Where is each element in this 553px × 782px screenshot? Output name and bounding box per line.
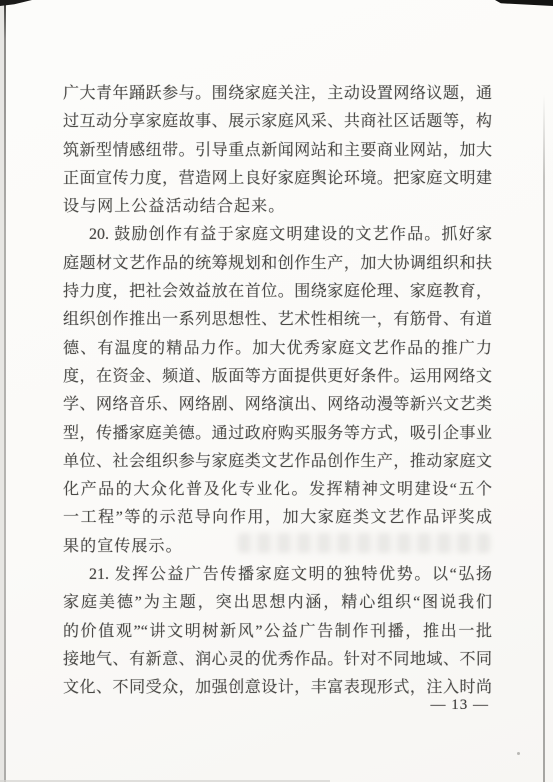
text-line: 庭题材文艺作品的统筹规划和创作生产，加大协调组织和扶 (63, 250, 492, 278)
text-line: 文化、不同受众，加强创意设计，丰富表现形式，注入时尚 (63, 674, 492, 702)
text-line: 筑新型情感纽带。引导重点新闻网站和主要商业网站，加大 (63, 137, 492, 165)
text-line: 组织创作推出一系列思想性、艺术性相统一，有筋骨、有道 (63, 306, 492, 334)
scan-artifact-right-edge-line (543, 95, 545, 782)
text-line: 的价值观”“讲文明树新风”公益广告制作刊播，推出一批 (63, 618, 492, 646)
text-line: 一工程”等的示范导向作用，加大家庭类文艺作品评奖成 (63, 504, 492, 532)
text-line: 德、有温度的精品力作。加大优秀家庭文艺作品的推广力 (63, 335, 492, 363)
page-number: — 13 — (431, 697, 490, 714)
text-line: 过互动分享家庭故事、展示家庭风采、共商社区话题等，构 (63, 108, 492, 136)
scan-artifact-top-right-mark (495, 0, 553, 6)
scanned-page: 广大青年踊跃参与。围绕家庭关注，主动设置网络议题，通 过互动分享家庭故事、展示家… (0, 0, 553, 782)
text-line: 家庭美德”为主题，突出思想内涵，精心组织“图说我们 (63, 589, 492, 617)
text-line: 度，在资金、频道、版面等方面提供更好条件。运用网络文 (63, 363, 492, 391)
text-line: 广大青年踊跃参与。围绕家庭关注，主动设置网络议题，通 (63, 80, 492, 108)
text-line: 化产品的大众化普及化专业化。发挥精神文明建设“五个 (63, 476, 492, 504)
text-line: 接地气、有新意、润心灵的优秀作品。针对不同地域、不同 (63, 646, 492, 674)
text-line: 20. 鼓励创作有益于家庭文明建设的文艺作品。抓好家 (63, 221, 492, 249)
scan-artifact-top-left-mark (0, 0, 32, 6)
text-line: 持力度，把社会效益放在首位。围绕家庭伦理、家庭教育， (63, 278, 492, 306)
text-line: 型，传播家庭美德。通过政府购买服务等方式，吸引企事业 (63, 420, 492, 448)
scan-artifact-speck (517, 752, 520, 755)
text-line: 学、网络音乐、网络剧、网络演出、网络动漫等新兴文艺类 (63, 391, 492, 419)
text-line: 单位、社会组织参与家庭类文艺作品创作生产，推动家庭文 (63, 448, 492, 476)
document-body: 广大青年踊跃参与。围绕家庭关注，主动设置网络议题，通 过互动分享家庭故事、展示家… (63, 80, 492, 703)
scan-artifact-left-edge-line (4, 0, 6, 782)
text-line: 果的宣传展示。 (63, 533, 492, 561)
text-line: 正面宣传力度，营造网上良好家庭舆论环境。把家庭文明建 (63, 165, 492, 193)
text-line: 21. 发挥公益广告传播家庭文明的独特优势。以“弘扬 (63, 561, 492, 589)
text-line: 设与网上公益活动结合起来。 (63, 193, 492, 221)
